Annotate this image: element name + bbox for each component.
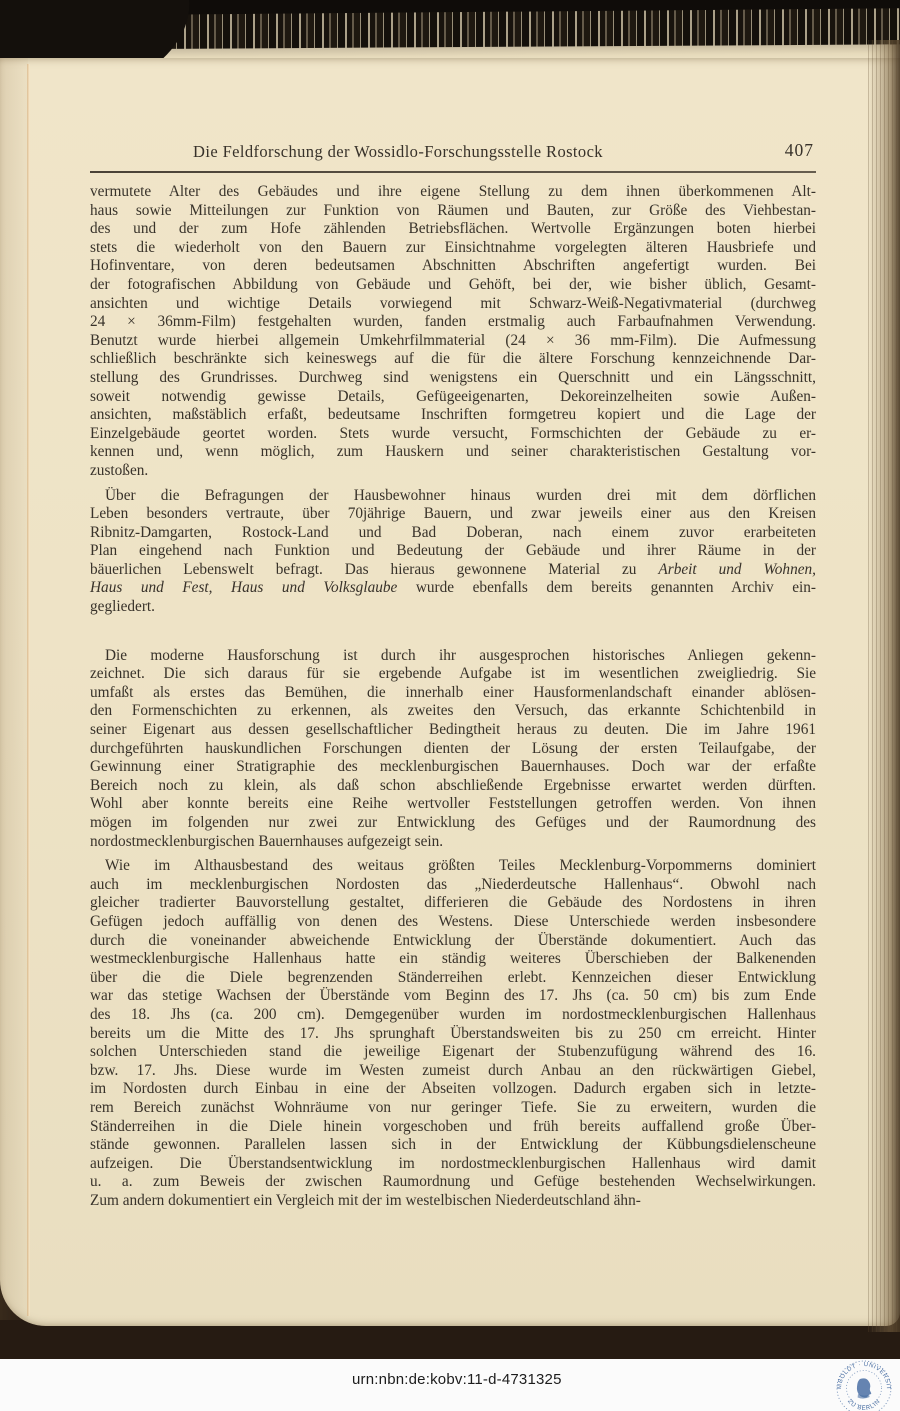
text-line: des und der zum Hofe zählenden Betriebsf… xyxy=(90,220,816,239)
text-line: den Formenschichten zu erkennen, als zwe… xyxy=(90,702,816,721)
humboldt-seal-stamp: · HUMBOLDT · UNIVERSITÄT · ZU BERLIN xyxy=(834,1358,894,1411)
humboldt-seal-icon: · HUMBOLDT · UNIVERSITÄT · ZU BERLIN xyxy=(834,1358,894,1411)
text-line: bäuerlichen Lebenswelt befragt. Das hier… xyxy=(90,561,816,580)
book-photo: Die Feldforschung der Wossidlo-Forschung… xyxy=(0,0,900,1359)
text-line: Gefügen jedoch auffällig von denen des W… xyxy=(90,913,816,932)
text-line: Ribnitz-Damgarten, Rostock-Land und Bad … xyxy=(90,524,816,543)
text-line: Zum andern dokumentiert ein Vergleich mi… xyxy=(90,1192,816,1211)
running-title: Die Feldforschung der Wossidlo-Forschung… xyxy=(90,142,816,162)
page-left-shade xyxy=(0,58,28,1320)
text-line: Ständerreihen in die Diele hinein vorges… xyxy=(90,1118,816,1137)
paragraph: vermutete Alter des Gebäudes und ihre ei… xyxy=(90,183,816,481)
text-line: ansichten und wichtige Details vorwiegen… xyxy=(90,295,816,314)
text-line: zustoßen. xyxy=(90,462,816,481)
seal-portrait xyxy=(857,1378,871,1398)
text-line: rem Bereich zunächst Wohnräume von nur g… xyxy=(90,1099,816,1118)
text-line: durchgeführten hauskundlichen Forschunge… xyxy=(90,740,816,759)
scan-viewer: { "document": { "header": { "title": "Di… xyxy=(0,0,900,1411)
text-line: des 18. Jhs (ca. 200 cm). Demgegenüber w… xyxy=(90,1006,816,1025)
italic-text-run: Arbeit und Wohnen, xyxy=(658,561,816,578)
text-line: gegliedert. xyxy=(90,598,816,617)
urn-label: urn:nbn:de:kobv:11-d-4731325 xyxy=(352,1371,562,1388)
text-line: stellung des Grundrisses. Durchweg sind … xyxy=(90,369,816,388)
page-header: Die Feldforschung der Wossidlo-Forschung… xyxy=(90,142,816,164)
text-run: wurde ebenfalls dem bereits genannten Ar… xyxy=(397,579,816,596)
paragraph: Die moderne Hausforschung ist durch ihr … xyxy=(90,647,816,852)
text-line: aufzeigen. Die Überstandsentwicklung im … xyxy=(90,1155,816,1174)
text-line: solchen Unterschieden stand die jeweilig… xyxy=(90,1043,816,1062)
text-line: kennen und, wenn möglich, zum Hauskern u… xyxy=(90,443,816,462)
text-line: Benutzt wurde hierbei allgemein Umkehrfi… xyxy=(90,332,816,351)
paragraph: Wie im Althausbestand des weitaus größte… xyxy=(90,857,816,1210)
seal-arc-bottom-text: ZU BERLIN xyxy=(846,1398,882,1411)
text-line: zeichnet. Die sich daraus für sie ergebe… xyxy=(90,665,816,684)
text-line: Bereich noch zu klein, als daß schon abs… xyxy=(90,777,816,796)
text-run: bäuerlichen Lebenswelt befragt. Das hier… xyxy=(90,561,658,578)
text-line: durch die voneinander abweichende Entwic… xyxy=(90,932,816,951)
header-rule xyxy=(90,171,816,173)
text-line: mögen im folgenden nur zwei zur Entwickl… xyxy=(90,814,816,833)
text-line: Gewinnung einer Stratigraphie des meckle… xyxy=(90,758,816,777)
text-line: schließlich beschränkte sich keineswegs … xyxy=(90,350,816,369)
footer-bar: urn:nbn:de:kobv:11-d-4731325 xyxy=(0,1359,900,1411)
text-line: Haus und Fest, Haus und Volksglaube wurd… xyxy=(90,579,816,598)
text-line: auch im mecklenburgischen Nordosten das … xyxy=(90,876,816,895)
text-line: Wie im Althausbestand des weitaus größte… xyxy=(90,857,816,876)
text-line: der fotografischen Abbildung von Gebäude… xyxy=(90,276,816,295)
text-line: Die moderne Hausforschung ist durch ihr … xyxy=(90,647,816,666)
text-line: umfaßt als erstes das Bemühen, die inner… xyxy=(90,684,816,703)
svg-text:ZU BERLIN: ZU BERLIN xyxy=(846,1398,882,1411)
page-number: 407 xyxy=(785,140,814,161)
text-line: haus sowie Mitteilungen zur Funktion von… xyxy=(90,202,816,221)
text-line: seiner Eigenart aus dessen gesellschaftl… xyxy=(90,721,816,740)
text-line: soweit notwendig gewisse Details, Gefüge… xyxy=(90,388,816,407)
text-line: Über die Befragungen der Hausbewohner hi… xyxy=(90,487,816,506)
page-left-crease xyxy=(27,64,30,1316)
page-right-edge xyxy=(868,40,900,1332)
text-line: war das stetige Wachsen der Überstände v… xyxy=(90,987,816,1006)
page-content: Die Feldforschung der Wossidlo-Forschung… xyxy=(90,142,816,1210)
text-line: Einzelgebäude geortet worden. Stets wurd… xyxy=(90,425,816,444)
text-line: Wohl aber konnte bereits eine Reihe wert… xyxy=(90,795,816,814)
text-line: im Nordosten durch Einbau in eine der Ab… xyxy=(90,1080,816,1099)
text-line: über die die Diele begrenzenden Ständerr… xyxy=(90,969,816,988)
text-line: gleicher tradierter Bauvorstellung gesta… xyxy=(90,894,816,913)
text-line: bzw. 17. Jhs. Diese wurde im Westen zume… xyxy=(90,1062,816,1081)
text-line: ansichten, maßstäblich erfaßt, bedeutsam… xyxy=(90,406,816,425)
text-line: stets die wiederholt von den Bauern zur … xyxy=(90,239,816,258)
text-line: Plan eingehend nach Funktion und Bedeutu… xyxy=(90,542,816,561)
paragraph: Über die Befragungen der Hausbewohner hi… xyxy=(90,487,816,617)
text-line: vermutete Alter des Gebäudes und ihre ei… xyxy=(90,183,816,202)
text-line: nordostmecklenburgischen Bauernhauses au… xyxy=(90,833,816,852)
text-line: bereits um die Mitte des 17. Jhs sprungh… xyxy=(90,1025,816,1044)
text-line: 24 × 36mm-Film) festgehalten wurden, fan… xyxy=(90,313,816,332)
text-line: u. a. zum Beweis der zwischen Raumordnun… xyxy=(90,1173,816,1192)
text-line: westmecklenburgische Hallenhaus hatte ei… xyxy=(90,950,816,969)
text-line: Hofinventare, von deren bedeutsamen Absc… xyxy=(90,257,816,276)
body-text: vermutete Alter des Gebäudes und ihre ei… xyxy=(90,183,816,1210)
italic-text-run: Haus und Fest, Haus und Volksglaube xyxy=(90,579,397,596)
text-line: Leben besonders vertraute, über 70jährig… xyxy=(90,505,816,524)
text-line: stände gewonnen. Parallelen lassen sich … xyxy=(90,1136,816,1155)
